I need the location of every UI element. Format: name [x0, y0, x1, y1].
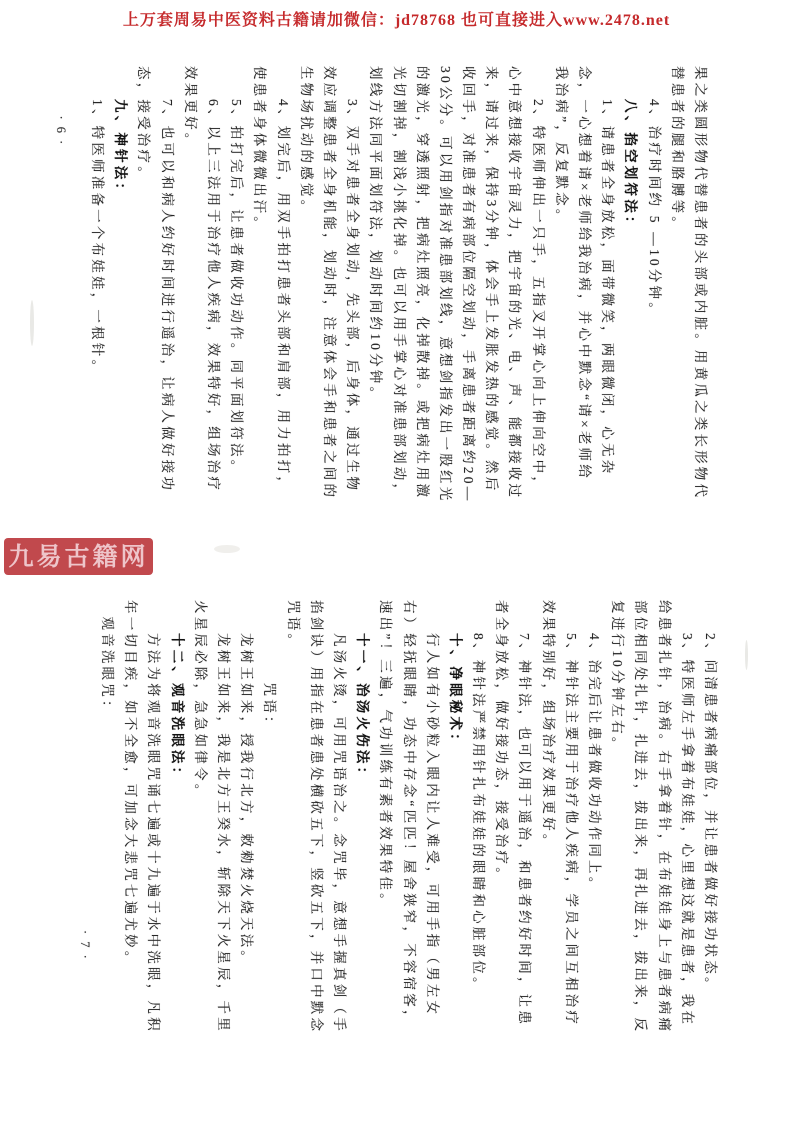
- text-line: 九、神针法：: [109, 66, 132, 532]
- text-line: 划线方法同平面划符法，划动时间约10分钟。: [364, 66, 387, 532]
- text-line: 掐剑诀）用指在患者患处横砍五下，竖砍五下，并口中默念: [305, 600, 328, 1060]
- text-line: 8、神针法严禁用针扎布娃娃的眼睛和心脏部位。: [467, 600, 490, 1060]
- text-line: 者全身放松，做好接功态，接受治疗。: [490, 600, 513, 1060]
- text-line: 3、双手对患者全身划动，先头部，后身体，通过生物: [341, 66, 364, 532]
- text-line: 效果更好。: [179, 66, 202, 532]
- text-line: 我治病”，反复默念。: [550, 66, 573, 532]
- text-line: 效应调整患者全身机能，划动时，注意体会手和患者之间的: [318, 66, 341, 532]
- text-line: 右）轻抚眼睛，功态中存念“匹匹！屋舍狭窄，不容宿客，: [397, 600, 420, 1060]
- text-line: 30公分。可以用剑指对准患部划线，意想剑指发出一股红光: [434, 66, 457, 532]
- text-line: 2、特医师伸出一只手，五指叉开掌心向上伸向空中，: [527, 66, 550, 532]
- text-line: 效果特别好，组场治疗效果更好。: [537, 600, 560, 1060]
- text-line: 替患者的腿和胳膊等。: [666, 66, 689, 532]
- text-line: 部位相同处扎针，扎进去，拔出来，再扎进去，拔出来，反: [629, 600, 652, 1060]
- text-line: 6、以上三法用于治疗他人疾病，效果特好，组场治疗: [202, 66, 225, 532]
- site-watermark-badge: 九易古籍网: [4, 538, 153, 575]
- text-line: 5、神针法主要用于治疗他人疾病，学员之间互相治疗: [560, 600, 583, 1060]
- text-line: 十、净眼秘术：: [444, 600, 467, 1060]
- text-line: 果之类圆形物代替患者的头部或内脏。用黄瓜之类长形物代: [689, 66, 712, 532]
- text-line: 十二、观音洗眼法：: [166, 600, 189, 1060]
- text-line: 3、特医师左手拿着布娃娃，心里想这就是患者，我在: [676, 600, 699, 1060]
- text-line: 态，接受治疗。: [132, 66, 155, 532]
- text-line: 八、掐空划符法：: [619, 66, 642, 532]
- text-line: 7、神针法，也可以用于遥治，和患者约好时间，让患: [513, 600, 536, 1060]
- text-line: 咒语。: [281, 600, 304, 1060]
- text-line: 光切割掉，割浅小挑化掉。也可以用手掌心对准患部划动，: [387, 66, 410, 532]
- text-line: 4、划完后，用双手拍打患者头部和肩部，用力拍打，: [271, 66, 294, 532]
- scanned-page-6: 果之类圆形物代替患者的头部或内脏。用黄瓜之类长形物代替患者的腿和胳膊等。4、治疗…: [49, 66, 712, 532]
- text-line: 的激光，穿透照射，把病灶照亮，化掉散掉。或把病灶用激: [411, 66, 434, 532]
- text-line: 4、治完后让患者做收功动作同上。: [583, 600, 606, 1060]
- scan-smudge: [745, 640, 748, 670]
- text-line: 火星辰必除，急急如律令。: [189, 600, 212, 1060]
- scan-smudge: [214, 545, 240, 553]
- text-line: 4、治疗时间约 5 —10分钟。: [642, 66, 665, 532]
- text-line: 凡汤火烫，可用咒语治之。念咒毕，意想手握真剑（手: [328, 600, 351, 1060]
- text-line: 行人如有小砂粒入眼内让人难受，可用手指（男左女: [421, 600, 444, 1060]
- page-number: · 7 ·: [73, 600, 96, 1060]
- text-line: 观音洗眼咒：: [96, 600, 119, 1060]
- text-line: 年一切目疾，如不全愈，可加念大悲咒七遍尤妙。: [119, 600, 142, 1060]
- text-line: 速出”！三遍，气功训练有素者效果特佳。: [374, 600, 397, 1060]
- text-line: 7、也可以和病人约好时间进行遥治，让病人做好接功: [156, 66, 179, 532]
- text-line: 1、特医师准备一个布娃娃，一根针。: [86, 66, 109, 532]
- text-line: 生物场扰动的感觉。: [295, 66, 318, 532]
- text-line: 龙树王如来，我是北方王癸水，斩除天下火星辰，千里: [212, 600, 235, 1060]
- text-line: 2、问清患者病痛部位，并让患者做好接功状态。: [699, 600, 722, 1060]
- text-line: 收回手，对准患者有病部位隔空划动，手离患者距离约20—: [457, 66, 480, 532]
- text-line: 复进行10分钟左右。: [606, 600, 629, 1060]
- scan-smudge: [30, 300, 34, 346]
- page-number: · 6 ·: [49, 66, 72, 532]
- text-line: 来，请过来，保持3分钟，体会手上发胀发热的感觉。然后: [480, 66, 503, 532]
- text-line: 咒语：: [258, 600, 281, 1060]
- text-line: 龙树王如来，授我行北方，敕勑焚火烧天法。: [235, 600, 258, 1060]
- promo-header-text: 上万套周易中医资料古籍请加微信：jd78768 也可直接进入www.2478.n…: [0, 7, 793, 30]
- text-line: 方法为将观音洗眼咒诵七遍或十九遍于水中洗眼，凡积: [142, 600, 165, 1060]
- text-line: 十一、治汤火伤法：: [351, 600, 374, 1060]
- scanned-page-7: 2、问清患者病痛部位，并让患者做好接功状态。3、特医师左手拿着布娃娃，心里想这就…: [73, 600, 722, 1060]
- text-line: 念，一心想着请×老师给我治病，并心中默念“请×老师给: [573, 66, 596, 532]
- text-line: 1、请患者全身放松，面带微笑，两眼微闭，心无杂: [596, 66, 619, 532]
- text-line: 给患者扎针，治病。右手拿着针，在布娃娃身上与患者病痛: [652, 600, 675, 1060]
- text-line: 5、拍打完后，让患者做收功动作。同平面划符法。: [225, 66, 248, 532]
- text-line: 使患者身体微微出汗。: [248, 66, 271, 532]
- text-line: 心中意想接收宇宙灵力，把宇宙的光、电、声、能都接收过: [503, 66, 526, 532]
